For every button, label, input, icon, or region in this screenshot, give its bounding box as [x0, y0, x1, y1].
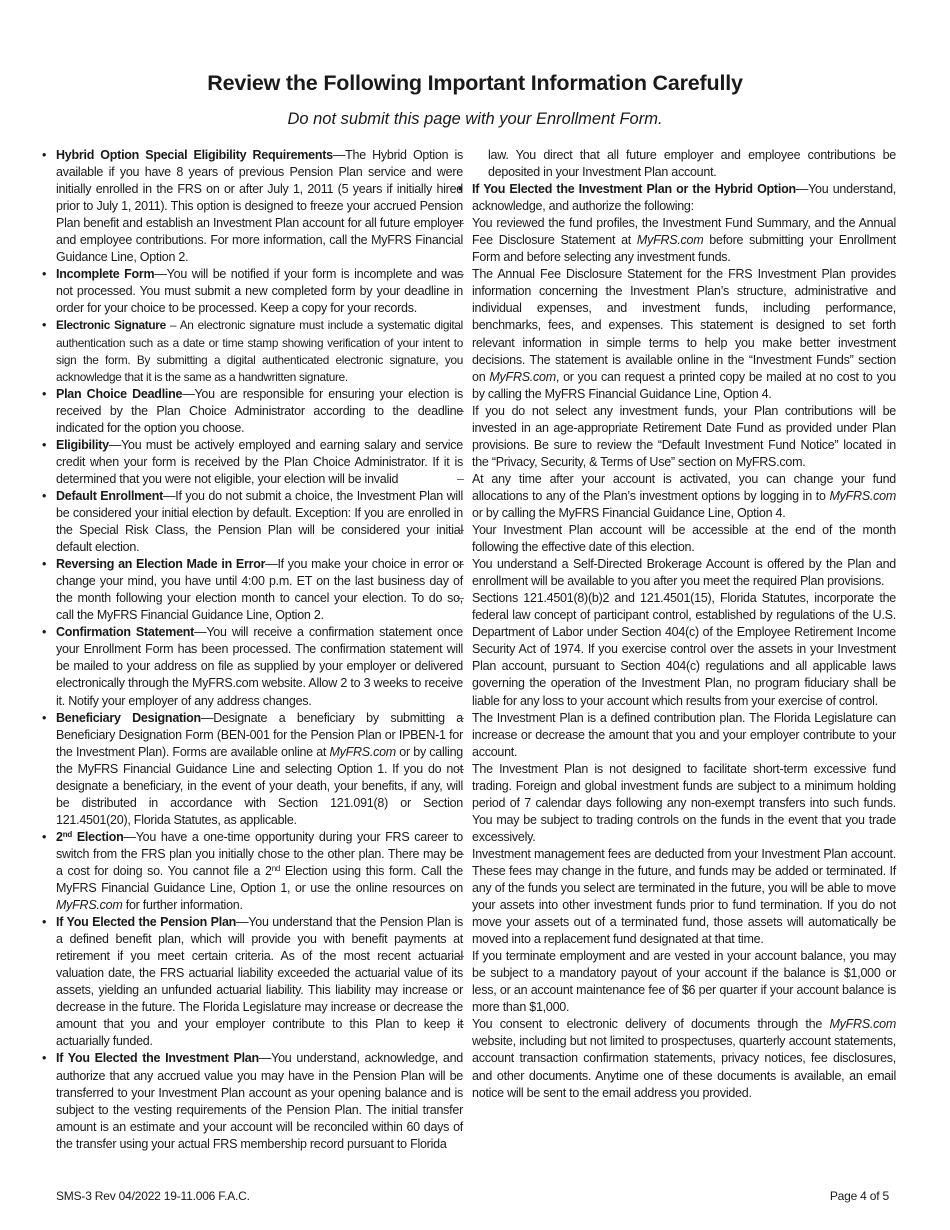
list-item-beneficiary-designation: Beneficiary Designation—Designate a bene… [40, 710, 463, 829]
item-text: —The Hybrid Option is available if you h… [56, 148, 463, 264]
item-heading: Plan Choice Deadline [56, 387, 182, 401]
list-item-investment-or-hybrid: If You Elected the Investment Plan or th… [456, 181, 896, 1102]
item-heading: If You Elected the Pension Plan [56, 915, 236, 929]
myfrs-link[interactable]: MyFRS.com [830, 1017, 897, 1031]
list-item-plan-choice-deadline: Plan Choice Deadline—You are responsible… [40, 386, 463, 437]
item-text: The Investment Plan is a defined contrib… [472, 711, 896, 759]
item-heading: 2nd Election [56, 830, 123, 844]
left-column: Hybrid Option Special Eligibility Requir… [40, 147, 463, 1153]
list-item-second-election: 2nd Election—You have a one-time opportu… [40, 829, 463, 914]
ordinal-suffix: nd [63, 830, 72, 839]
sub-list: You reviewed the fund profiles, the Inve… [456, 215, 896, 1101]
item-text: If you do not select any investment fund… [472, 404, 896, 469]
list-item-electronic-signature: Electronic Signature – An electronic sig… [40, 317, 463, 385]
page-subtitle: Do not submit this page with your Enroll… [0, 110, 950, 129]
item-text: website, including but not limited to pr… [472, 1034, 896, 1099]
left-bullet-list: Hybrid Option Special Eligibility Requir… [40, 147, 463, 1153]
myfrs-link[interactable]: MyFRS.com [830, 489, 897, 503]
myfrs-link[interactable]: MyFRS.com [637, 233, 704, 247]
list-item-eligibility: Eligibility—You must be actively employe… [40, 437, 463, 488]
sub-item-change-allocations: At any time after your account is activa… [456, 471, 896, 522]
item-heading: Electronic Signature [56, 318, 166, 332]
item-heading: Default Enrollment [56, 489, 163, 503]
myfrs-link[interactable]: MyFRS.com [329, 745, 396, 759]
list-item-reversing-election: Reversing an Election Made in Error—If y… [40, 556, 463, 624]
continuation-text: law. You direct that all future employer… [472, 147, 896, 181]
item-text: Investment management fees are deducted … [472, 847, 896, 946]
item-heading: Eligibility [56, 438, 109, 452]
item-text: Sections 121.4501(8)(b)2 and 121.4501(15… [472, 591, 896, 707]
myfrs-link[interactable]: MyFRS.com [56, 898, 123, 912]
item-heading: Confirmation Statement [56, 625, 194, 639]
sub-item-electronic-delivery: You consent to electronic delivery of do… [456, 1016, 896, 1101]
item-text: You understand a Self-Directed Brokerage… [472, 557, 896, 588]
item-text: If you terminate employment and are vest… [472, 949, 896, 1014]
item-text: Your Investment Plan account will be acc… [472, 523, 896, 554]
right-column: law. You direct that all future employer… [472, 147, 896, 1102]
sub-item-account-access: Your Investment Plan account will be acc… [456, 522, 896, 556]
page-title: Review the Following Important Informati… [0, 71, 950, 96]
list-item-incomplete-form: Incomplete Form—You will be notified if … [40, 266, 463, 317]
item-heading: If You Elected the Investment Plan or th… [472, 182, 796, 196]
item-text: or by calling the MyFRS Financial Guidan… [472, 506, 785, 520]
sub-item-fee-disclosure: The Annual Fee Disclosure Statement for … [456, 266, 896, 402]
item-text: —You understand, acknowledge, and author… [56, 1051, 463, 1150]
item-heading: Reversing an Election Made in Error [56, 557, 265, 571]
item-heading: Incomplete Form [56, 267, 154, 281]
item-heading: Hybrid Option Special Eligibility Requir… [56, 148, 333, 162]
item-text: law. You direct that all future employer… [488, 148, 896, 179]
item-text: The Annual Fee Disclosure Statement for … [472, 267, 896, 383]
sub-item-excessive-trading: The Investment Plan is not designed to f… [456, 761, 896, 846]
item-text: —You understand that the Pension Plan is… [56, 915, 463, 1048]
sub-item-participant-control: Sections 121.4501(8)(b)2 and 121.4501(15… [456, 590, 896, 709]
sub-item-brokerage-account: You understand a Self-Directed Brokerage… [456, 556, 896, 590]
list-item-confirmation-statement: Confirmation Statement—You will receive … [40, 624, 463, 709]
form-identifier: SMS-3 Rev 04/2022 19-11.006 F.A.C. [56, 1189, 250, 1203]
list-item-investment-plan: If You Elected the Investment Plan—You u… [40, 1050, 463, 1152]
right-bullet-list: law. You direct that all future employer… [472, 147, 896, 1102]
list-item-default-enrollment: Default Enrollment—If you do not submit … [40, 488, 463, 556]
ordinal-number: 2 [56, 830, 63, 844]
sub-item-defined-contribution: The Investment Plan is a defined contrib… [456, 710, 896, 761]
heading-text: Election [72, 830, 123, 844]
list-item-pension-plan: If You Elected the Pension Plan—You unde… [40, 914, 463, 1050]
ordinal-suffix: nd [272, 864, 280, 873]
sub-item-fund-profiles: You reviewed the fund profiles, the Inve… [456, 215, 896, 266]
item-text: —You must be actively employed and earni… [56, 438, 463, 486]
list-item-hybrid-eligibility: Hybrid Option Special Eligibility Requir… [40, 147, 463, 266]
page-number: Page 4 of 5 [830, 1189, 889, 1203]
item-text: The Investment Plan is not designed to f… [472, 762, 896, 844]
sub-item-mandatory-payout: If you terminate employment and are vest… [456, 948, 896, 1016]
item-text: You consent to electronic delivery of do… [472, 1017, 830, 1031]
sub-item-default-fund: If you do not select any investment fund… [456, 403, 896, 471]
myfrs-link[interactable]: MyFRS.com [489, 370, 556, 384]
sub-item-management-fees: Investment management fees are deducted … [456, 846, 896, 948]
item-heading: Beneficiary Designation [56, 711, 201, 725]
item-heading: If You Elected the Investment Plan [56, 1051, 259, 1065]
item-text: for further information. [123, 898, 243, 912]
